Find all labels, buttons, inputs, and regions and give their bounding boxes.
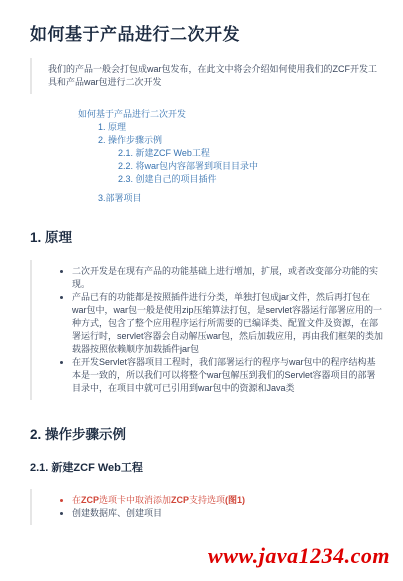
- toc-link-create-plugin[interactable]: 2.3. 创建自己的项目插件: [118, 174, 217, 184]
- table-of-contents: 如何基于产品进行二次开发 1. 原理 2. 操作步骤示例 2.1. 新建ZCF …: [78, 108, 383, 205]
- red-bold-figure-ref: (图1): [225, 495, 245, 505]
- section-heading-steps: 2. 操作步骤示例: [30, 423, 383, 443]
- toc-item-deploy-war[interactable]: 2.2. 将war包内容部署到项目目录中: [118, 160, 383, 173]
- red-bold-zcp-2: ZCP: [171, 495, 189, 505]
- toc-item-principle[interactable]: 1. 原理: [98, 121, 383, 134]
- steps-blockquote: 在ZCP选项卡中取消添加ZCP支持选项(图1) 创建数据库、创建项目: [30, 489, 383, 525]
- principle-blockquote: 二次开发是在现有产品的功能基础上进行增加，扩展，或者改变部分功能的实现。 产品已…: [30, 260, 383, 400]
- site-watermark: www.java1234.com: [208, 543, 390, 569]
- section-heading-principle: 1. 原理: [30, 226, 383, 246]
- red-text-part1: 在: [72, 495, 81, 505]
- red-bold-zcp-1: ZCP: [81, 495, 99, 505]
- toc-link-deploy-war[interactable]: 2.2. 将war包内容部署到项目目录中: [118, 161, 258, 171]
- subsection-heading-new-project: 2.1. 新建ZCF Web工程: [30, 459, 383, 475]
- toc-link-deploy-project[interactable]: 3.部署项目: [98, 193, 142, 203]
- toc-link-new-project[interactable]: 2.1. 新建ZCF Web工程: [118, 148, 210, 158]
- principle-bullet-3: 在开发Servlet容器项目工程时，我们部署运行的程序与war包中的程序结构基本…: [72, 356, 383, 395]
- principle-bullet-1: 二次开发是在现有产品的功能基础上进行增加，扩展，或者改变部分功能的实现。: [72, 265, 383, 291]
- toc-link-root[interactable]: 如何基于产品进行二次开发: [78, 109, 186, 119]
- principle-bullet-list: 二次开发是在现有产品的功能基础上进行增加，扩展，或者改变部分功能的实现。 产品已…: [48, 265, 383, 395]
- steps-bullet-2: 创建数据库、创建项目: [72, 507, 383, 520]
- document-page: 如何基于产品进行二次开发 我们的产品一般会打包成war包发布，在此文中将会介绍如…: [0, 0, 403, 581]
- toc-link-steps[interactable]: 2. 操作步骤示例: [98, 135, 162, 145]
- toc-item-steps[interactable]: 2. 操作步骤示例: [98, 134, 383, 147]
- toc-item-create-plugin[interactable]: 2.3. 创建自己的项目插件: [118, 173, 383, 186]
- steps-bullet-red: 在ZCP选项卡中取消添加ZCP支持选项(图1): [72, 494, 383, 507]
- toc-item-deploy-project[interactable]: 3.部署项目: [98, 192, 383, 205]
- red-text-part3: 支持选项: [189, 495, 225, 505]
- toc-link-principle[interactable]: 1. 原理: [98, 122, 126, 132]
- toc-item-new-project[interactable]: 2.1. 新建ZCF Web工程: [118, 147, 383, 160]
- red-text-part2: 选项卡中取消添加: [99, 495, 171, 505]
- intro-blockquote: 我们的产品一般会打包成war包发布，在此文中将会介绍如何使用我们的ZCF开发工具…: [30, 58, 383, 94]
- principle-bullet-2: 产品已有的功能都是按照插件进行分类，单独打包成jar文件，然后再打包在war包中…: [72, 291, 383, 356]
- toc-item-root[interactable]: 如何基于产品进行二次开发: [78, 108, 383, 121]
- page-title: 如何基于产品进行二次开发: [30, 24, 383, 45]
- steps-bullet-list: 在ZCP选项卡中取消添加ZCP支持选项(图1) 创建数据库、创建项目: [48, 494, 383, 520]
- intro-text: 我们的产品一般会打包成war包发布，在此文中将会介绍如何使用我们的ZCF开发工具…: [48, 63, 380, 89]
